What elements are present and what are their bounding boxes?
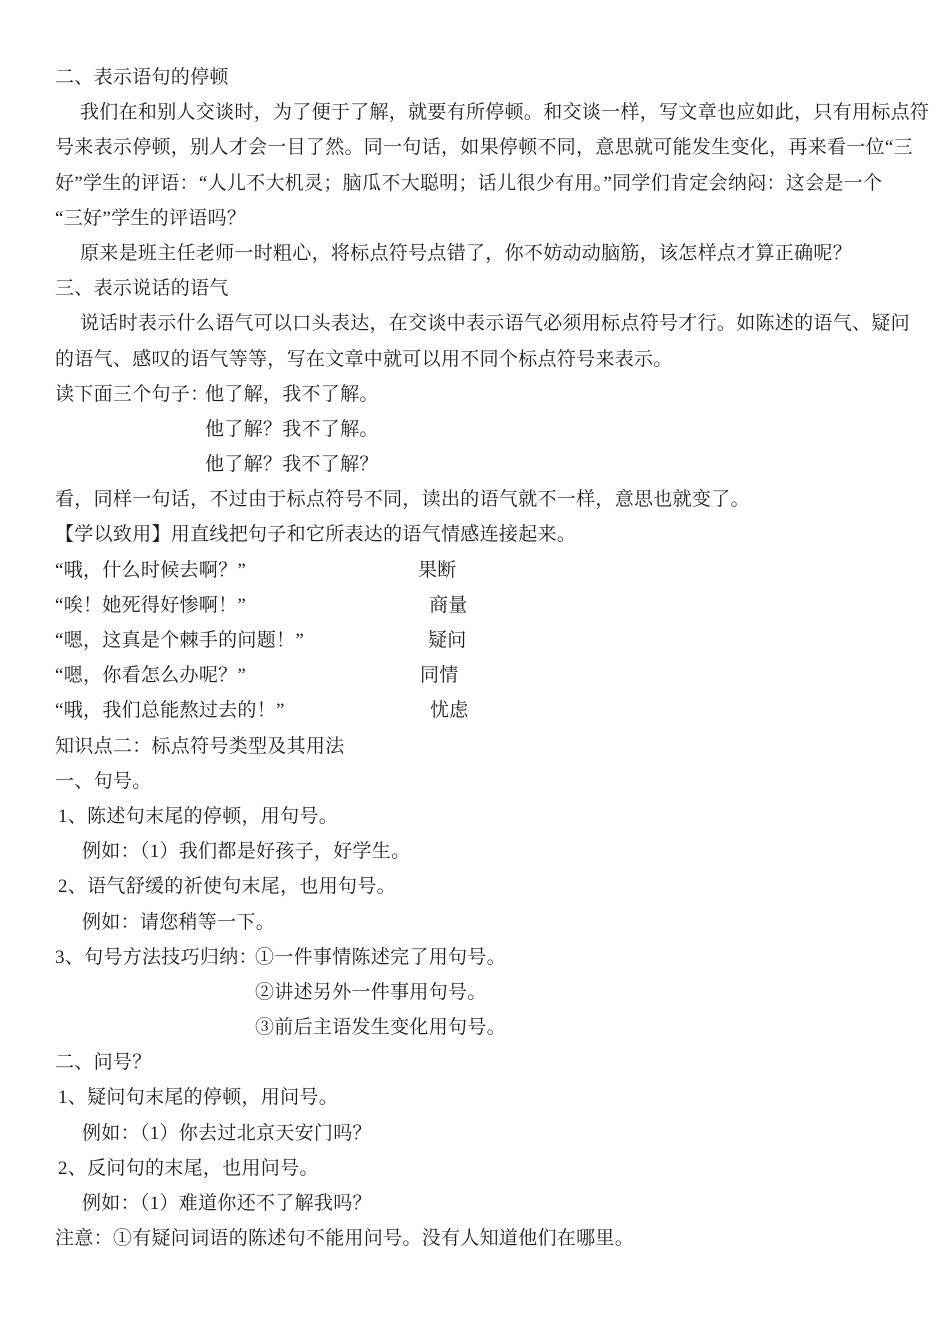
rule-line: 2、语气舒缓的祈使句末尾，也用句号。 bbox=[55, 869, 893, 904]
example-sentences-intro: 读下面三个句子：他了解，我不了解。 bbox=[55, 377, 893, 412]
paragraph-line: 原来是班主任老师一时粗心，将标点符号点错了，你不妨动动脑筋，该怎样点才算正确呢？ bbox=[55, 236, 893, 271]
example-sentence: 他了解？我不了解。 bbox=[55, 412, 893, 447]
matching-row: “嗯，这真是个棘手的问题！” 疑问 bbox=[55, 623, 893, 658]
rule3-point: ①一件事情陈述完了用句号。 bbox=[255, 947, 506, 968]
period-section-heading: 一、句号。 bbox=[55, 764, 893, 799]
matching-sentence: “嗯，这真是个棘手的问题！” bbox=[55, 630, 304, 651]
read-sentences-label: 读下面三个句子： bbox=[55, 377, 205, 412]
matching-sentence: “哦，什么时候去啊？” bbox=[55, 560, 246, 581]
emotion-label: 忧虑 bbox=[430, 693, 469, 728]
matching-sentence: “哦，我们总能熬过去的！” bbox=[55, 700, 285, 721]
matching-row: “唉！她死得好惨啊！” 商量 bbox=[55, 588, 893, 623]
rule3-label: 3、句号方法技巧归纳： bbox=[55, 940, 255, 975]
rule-line: 1、疑问句末尾的停顿，用问号。 bbox=[55, 1080, 893, 1115]
matching-sentence: “唉！她死得好惨啊！” bbox=[55, 595, 246, 616]
rule-line: 2、反问句的末尾，也用问号。 bbox=[55, 1151, 893, 1186]
paragraph-line: “三好”学生的评语吗？ bbox=[55, 201, 893, 236]
example-line: 例如：（1）你去过北京天安门吗？ bbox=[55, 1116, 893, 1151]
example-sentence: 他了解，我不了解。 bbox=[205, 384, 379, 405]
emotion-label: 同情 bbox=[420, 658, 459, 693]
rule-line: 1、陈述句末尾的停顿，用句号。 bbox=[55, 799, 893, 834]
rule3-point: ③前后主语发生变化用句号。 bbox=[55, 1010, 893, 1045]
rule-line: 3、句号方法技巧归纳：①一件事情陈述完了用句号。 bbox=[55, 940, 893, 975]
document-page: 二、表示语句的停顿 我们在和别人交谈时，为了便于了解，就要有所停顿。和交谈一样，… bbox=[0, 0, 950, 1344]
example-line: 例如：（1）我们都是好孩子，好学生。 bbox=[55, 834, 893, 869]
emotion-label: 疑问 bbox=[428, 623, 467, 658]
emotion-label: 果断 bbox=[418, 553, 457, 588]
paragraph-line: 的语气、感叹的语气等等，写在文章中就可以用不同个标点符号来表示。 bbox=[55, 342, 893, 377]
paragraph-line: 看，同样一句话，不过由于标点符号不同，读出的语气就不一样，意思也就变了。 bbox=[55, 482, 893, 517]
matching-sentence: “嗯，你看怎么办呢？” bbox=[55, 665, 246, 686]
example-line: 例如：（1）难道你还不了解我吗？ bbox=[55, 1186, 893, 1221]
matching-row: “哦，我们总能熬过去的！” 忧虑 bbox=[55, 693, 893, 728]
section-heading-tone: 三、表示说话的语气 bbox=[55, 271, 893, 306]
paragraph-line: 我们在和别人交谈时，为了便于了解，就要有所停顿。和交谈一样，写文章也应如此，只有… bbox=[55, 95, 893, 130]
emotion-label: 商量 bbox=[429, 588, 468, 623]
paragraph-line: 号来表示停顿，别人才会一目了然。同一句话，如果停顿不同，意思就可能发生变化，再来… bbox=[55, 130, 893, 165]
practice-title: 【学以致用】用直线把句子和它所表达的语气情感连接起来。 bbox=[55, 517, 893, 552]
matching-row: “哦，什么时候去啊？” 果断 bbox=[55, 553, 893, 588]
note-line: 注意：①有疑问词语的陈述句不能用问号。没有人知道他们在哪里。 bbox=[55, 1221, 893, 1256]
rule3-point: ②讲述另外一件事用句号。 bbox=[55, 975, 893, 1010]
paragraph-line: 好”学生的评语：“人儿不大机灵；脑瓜不大聪明；话儿很少有用。”同学们肯定会纳闷：… bbox=[55, 166, 893, 201]
matching-row: “嗯，你看怎么办呢？” 同情 bbox=[55, 658, 893, 693]
question-section-heading: 二、问号？ bbox=[55, 1045, 893, 1080]
paragraph-line: 说话时表示什么语气可以口头表达，在交谈中表示语气必须用标点符号才行。如陈述的语气… bbox=[55, 306, 893, 341]
knowledge-point-heading: 知识点二：标点符号类型及其用法 bbox=[55, 729, 893, 764]
example-line: 例如：请您稍等一下。 bbox=[55, 905, 893, 940]
section-heading-pause: 二、表示语句的停顿 bbox=[55, 60, 893, 95]
example-sentence: 他了解？我不了解？ bbox=[55, 447, 893, 482]
